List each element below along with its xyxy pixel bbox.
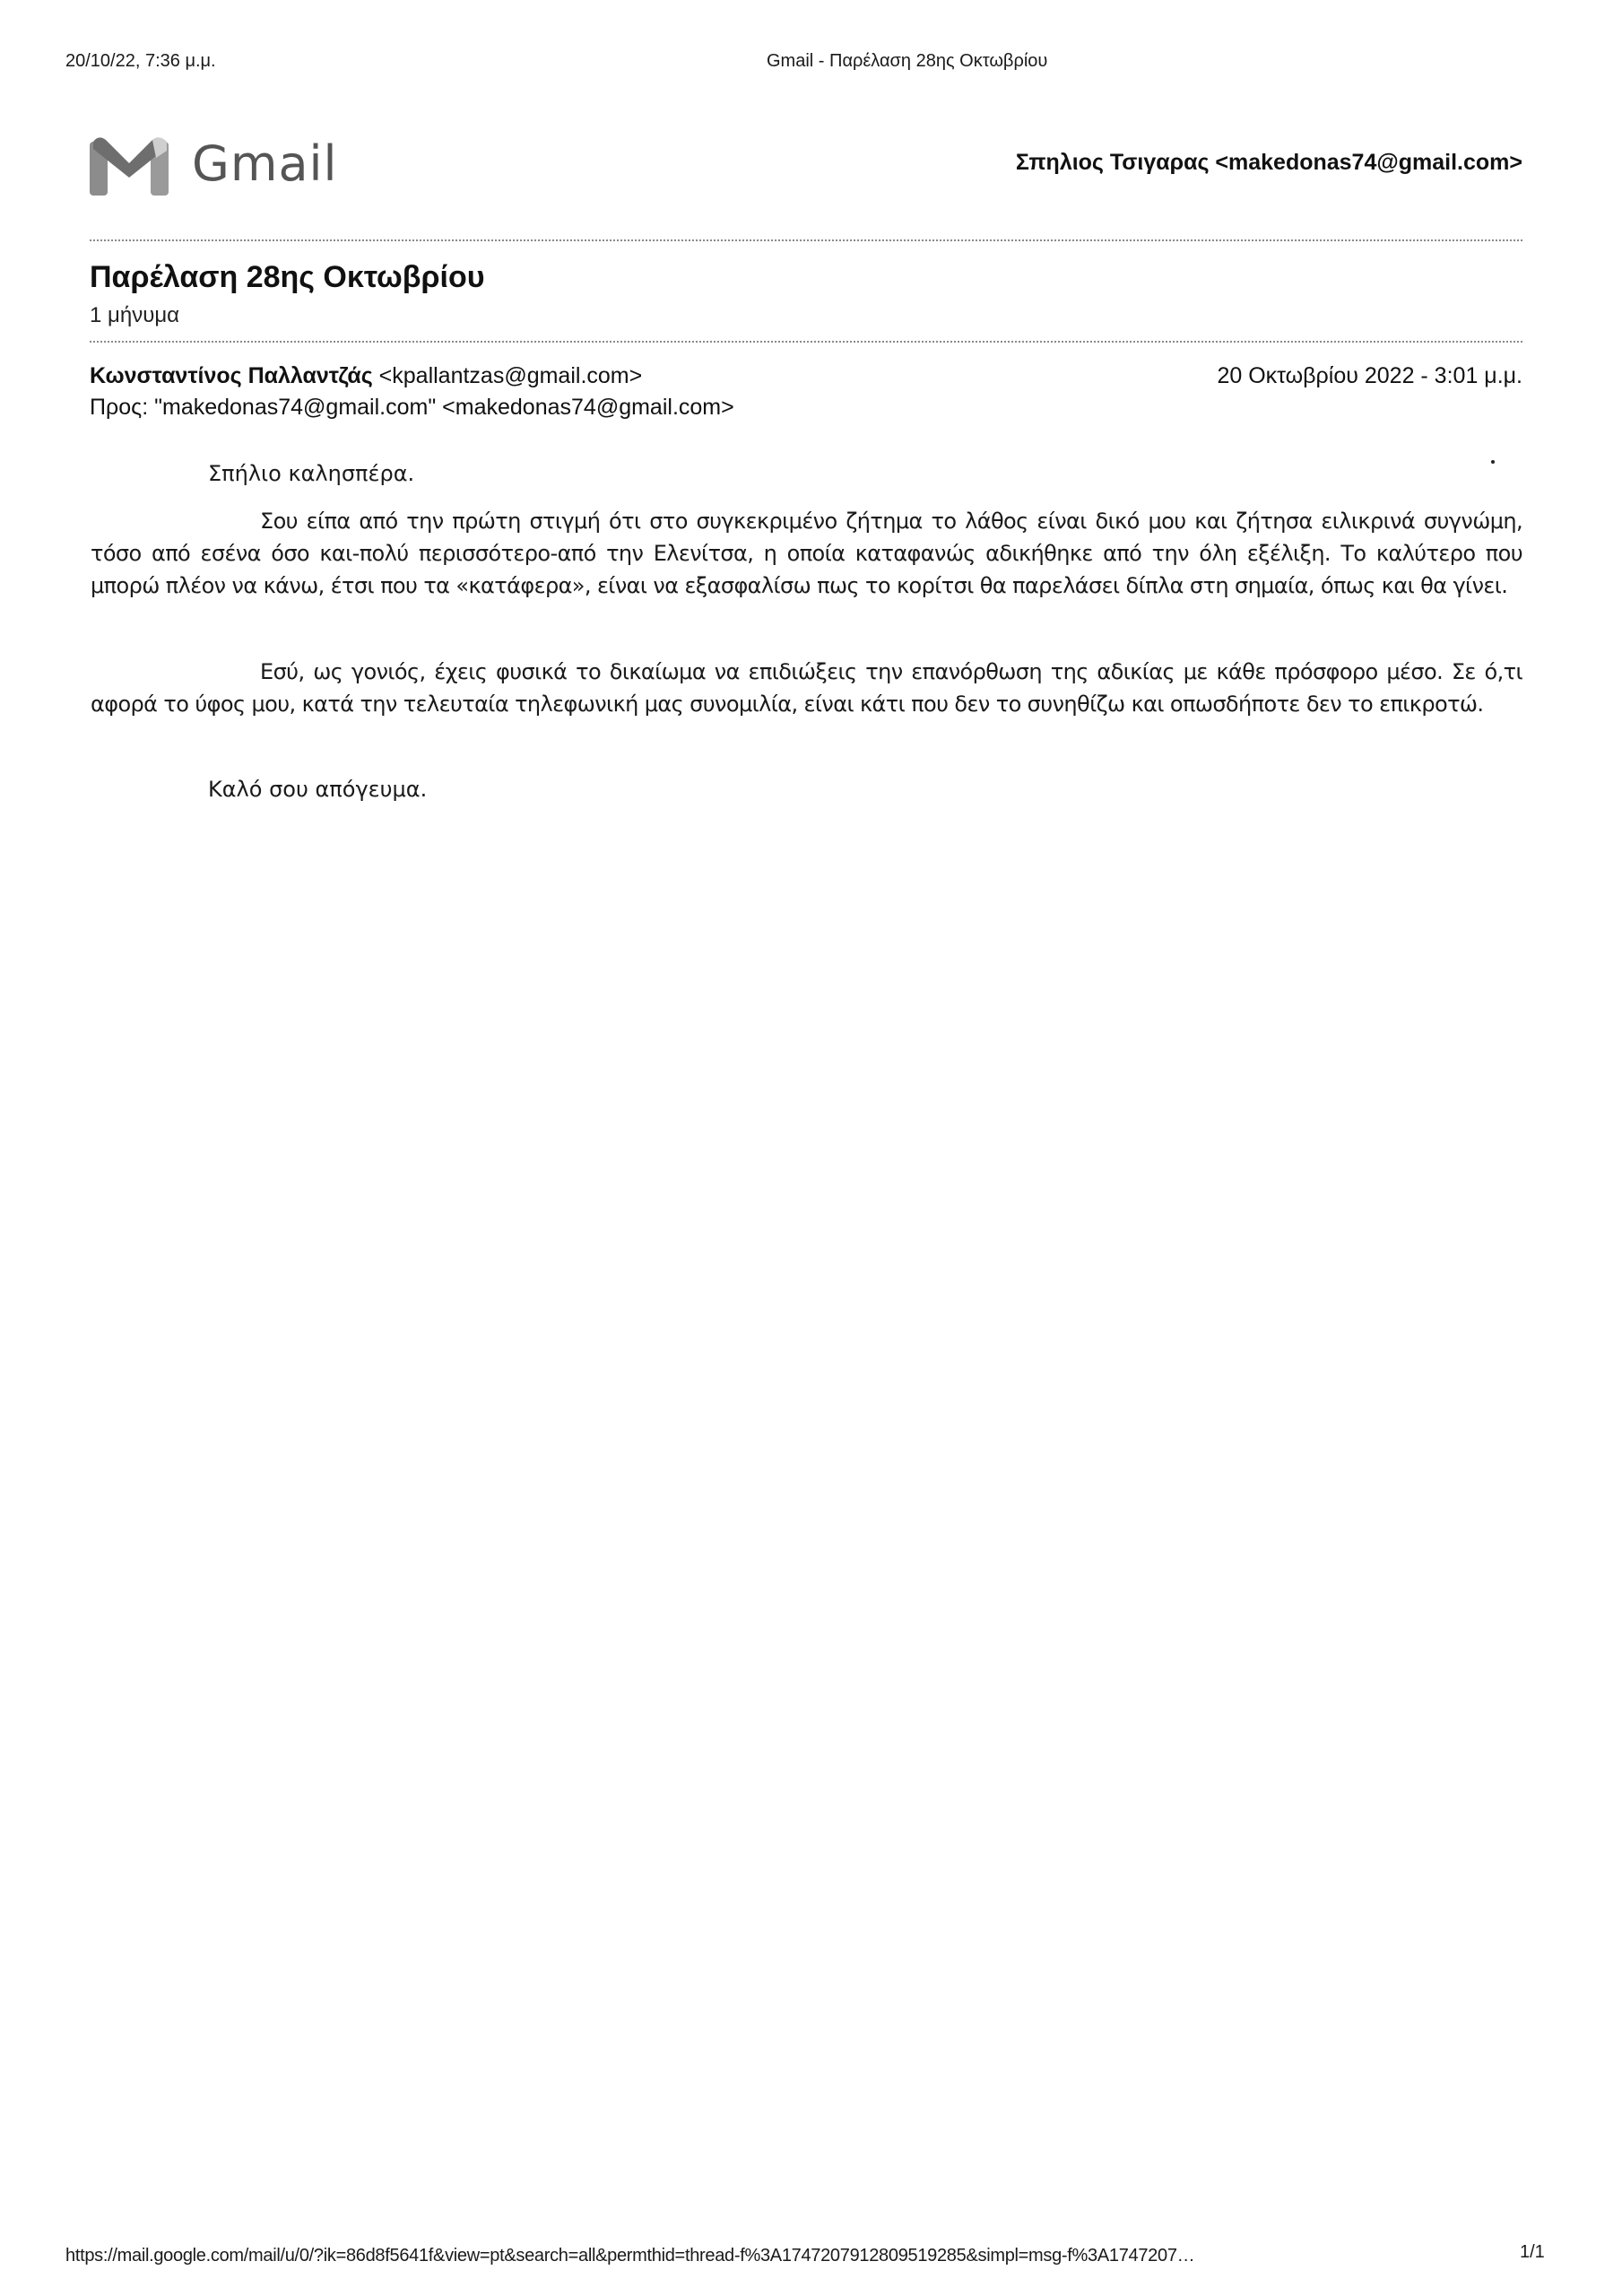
message-greeting: Σπήλιο καλησπέρα.: [208, 457, 414, 490]
print-datetime: 20/10/22, 7:36 μ.μ.: [65, 51, 216, 72]
gmail-logo: Gmail: [90, 136, 338, 196]
message-date: 20 Οκτωβρίου 2022 - 3:01 μ.μ.: [1217, 363, 1522, 389]
divider: [90, 341, 1522, 343]
print-page-number: 1/1: [1520, 2242, 1545, 2263]
gmail-m-logo-icon: [90, 136, 169, 196]
scan-artifact: [1491, 460, 1495, 464]
recipient-line: Προς: "makedonas74@gmail.com" <makedonas…: [90, 395, 734, 421]
message-count: 1 μήνυμα: [90, 303, 179, 328]
thread-subject: Παρέλαση 28ης Οκτωβρίου: [90, 260, 485, 295]
message-closing: Καλό σου απόγευμα.: [208, 773, 427, 805]
message-paragraph: Σου είπα από την πρώτη στιγμή ότι στο συ…: [91, 505, 1522, 602]
divider: [90, 239, 1522, 241]
sender-name: Κωνσταντίνος Παλλαντζάς: [90, 363, 373, 388]
gmail-wordmark: Gmail: [192, 140, 338, 188]
print-page-title: Gmail - Παρέλαση 28ης Οκτωβρίου: [767, 51, 1047, 72]
account-label: Σπηλιος Τσιγαρας <makedonas74@gmail.com>: [1016, 150, 1522, 176]
sender-line: Κωνσταντίνος Παλλαντζάς <kpallantzas@gma…: [90, 363, 642, 389]
print-footer-url: https://mail.google.com/mail/u/0/?ik=86d…: [65, 2246, 1194, 2266]
sender-email[interactable]: <kpallantzas@gmail.com>: [379, 363, 643, 388]
message-paragraph: Εσύ, ως γονιός, έχεις φυσικά το δικαίωμα…: [91, 656, 1522, 720]
